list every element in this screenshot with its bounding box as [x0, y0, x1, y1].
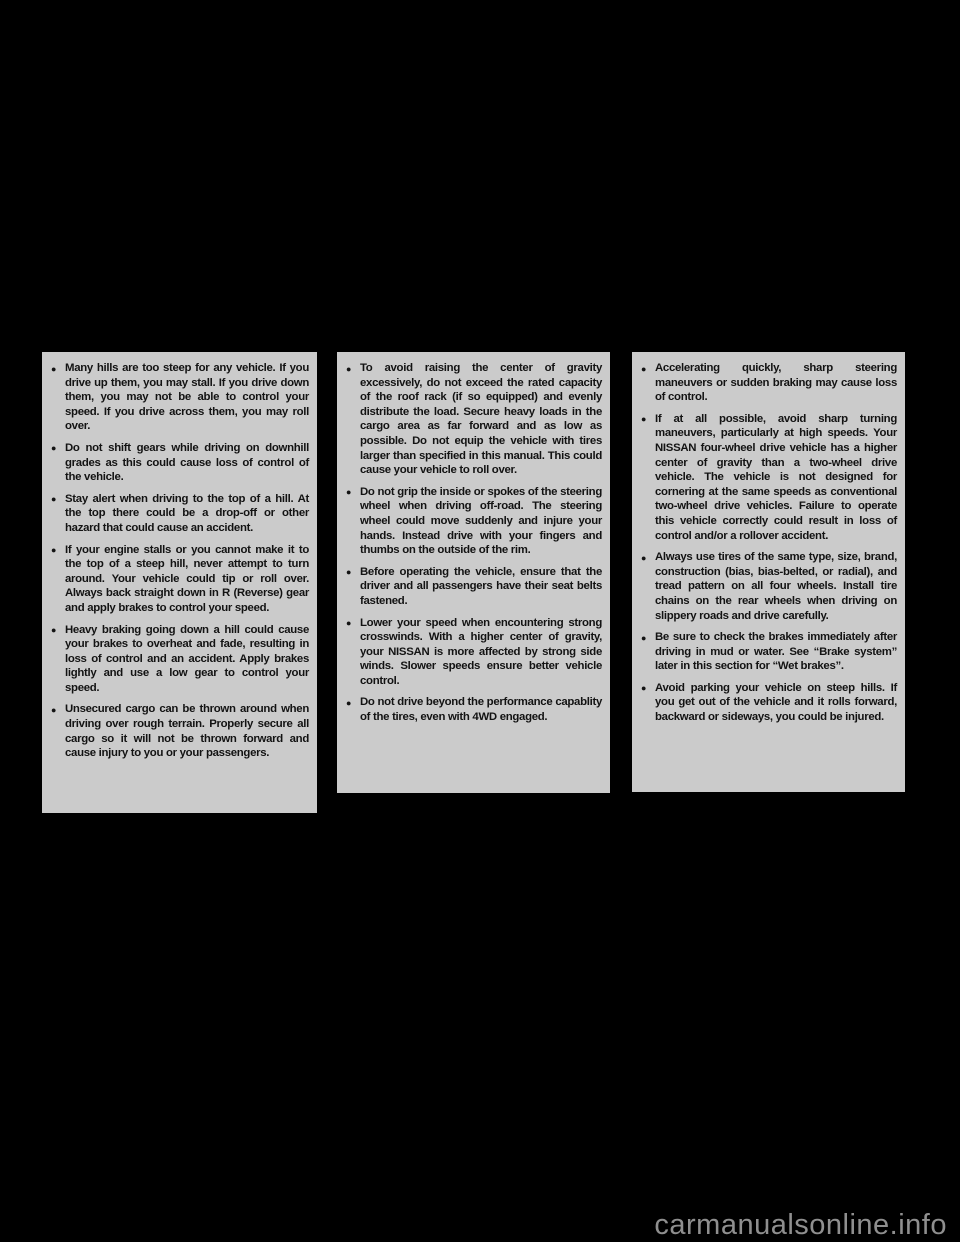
- manual-page: Many hills are too steep for any vehicle…: [0, 0, 960, 1242]
- warning-list-left: Many hills are too steep for any vehicle…: [51, 361, 309, 761]
- warning-bullet: Lower your speed when encountering stron…: [346, 616, 602, 689]
- warning-bullet: Be sure to check the brakes immediately …: [641, 630, 897, 674]
- warning-bullet: If at all possible, avoid sharp turning …: [641, 412, 897, 543]
- warning-bullet: To avoid raising the center of gravity e…: [346, 361, 602, 478]
- warning-bullet: Many hills are too steep for any vehicle…: [51, 361, 309, 434]
- watermark-text: carmanualsonline.info: [654, 1210, 947, 1240]
- warning-list-center: To avoid raising the center of gravity e…: [346, 361, 602, 725]
- warning-bullet: Stay alert when driving to the top of a …: [51, 492, 309, 536]
- warning-bullet: Before operating the vehicle, ensure tha…: [346, 565, 602, 609]
- warning-bullet: Always use tires of the same type, size,…: [641, 550, 897, 623]
- warning-bullet: Accelerating quickly, sharp steering man…: [641, 361, 897, 405]
- warning-bullet: Avoid parking your vehicle on steep hill…: [641, 681, 897, 725]
- warning-list-right: Accelerating quickly, sharp steering man…: [641, 361, 897, 725]
- warning-box-left: Many hills are too steep for any vehicle…: [42, 352, 317, 813]
- warning-box-center: To avoid raising the center of gravity e…: [337, 352, 610, 793]
- warning-bullet: Do not grip the inside or spokes of the …: [346, 485, 602, 558]
- warning-bullet: Do not drive beyond the performance capa…: [346, 695, 602, 724]
- warning-bullet: Unsecured cargo can be thrown around whe…: [51, 702, 309, 760]
- warning-bullet: If your engine stalls or you cannot make…: [51, 543, 309, 616]
- warning-bullet: Do not shift gears while driving on down…: [51, 441, 309, 485]
- warning-bullet: Heavy braking going down a hill could ca…: [51, 623, 309, 696]
- warning-box-right: Accelerating quickly, sharp steering man…: [632, 352, 905, 792]
